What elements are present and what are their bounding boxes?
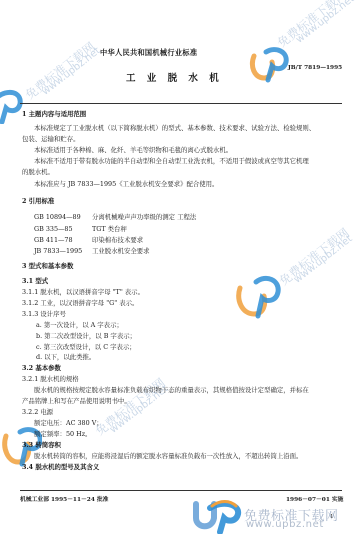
list-item: a. 第一次设计，以 A 字表示； bbox=[36, 321, 123, 329]
section-1-heading: 1 主题内容与适用范围 bbox=[22, 110, 86, 118]
clause: 3.1.2 工业，以汉语拼音字母 "G" 表示。 bbox=[22, 299, 138, 307]
reference-code: GB 10894—89 bbox=[34, 213, 81, 221]
rated-voltage: 额定电压：AC 380 V； bbox=[34, 419, 103, 427]
watermark-text: 免费标准下载网 bbox=[92, 374, 169, 439]
up-logo-icon bbox=[248, 44, 292, 84]
clause: 3.1.3 设计序号 bbox=[22, 310, 66, 318]
reference-code: JB 7833—1995 bbox=[34, 247, 82, 255]
section-1-paragraph: 本标准适用于各种棉、麻、化纤、羊毛等织物和毛毯的离心式脱水机。 bbox=[34, 146, 232, 154]
subsection-heading: 3.4 脱水机的型号及其含义 bbox=[22, 463, 99, 471]
subsection-heading: 3.3 转筒容积 bbox=[22, 441, 61, 449]
clause: 3.2.2 电源 bbox=[22, 408, 53, 416]
clause-paragraph: 脱水机的规格按规定脱水容量标准负载布织物干态的重量表示，其规格值按设计定型确定，… bbox=[34, 386, 309, 394]
section-1-paragraph: 本标准应与 JB 7833—1995《工业脱水机安全要求》配合使用。 bbox=[34, 180, 218, 188]
section-1-paragraph: 包装、运输和贮存。 bbox=[22, 135, 80, 143]
section-2-heading: 2 引用标准 bbox=[22, 197, 54, 205]
section-1-paragraph: 本标准规定了工业脱水机（以下简称脱水机）的型式、基本参数、技术要求、试验方法、检… bbox=[34, 124, 315, 132]
watermark-brand-url: www.upbz.net bbox=[246, 519, 324, 530]
document-page: 免费标准下载网 www.upbz.net 免费标准下载网 www.upbz.ne… bbox=[0, 0, 360, 534]
clause: 3.1.1 脱水机，以汉语拼音字母 "T" 表示。 bbox=[22, 288, 144, 296]
up-logo-icon bbox=[234, 270, 282, 320]
reference-code: GB 335—85 bbox=[34, 225, 73, 233]
up-logo-icon bbox=[192, 500, 244, 534]
issuing-organization: 中华人民共和国机械行业标准 bbox=[100, 49, 197, 57]
section-3-heading: 3 型式和基本参数 bbox=[22, 262, 73, 270]
up-logo-icon bbox=[0, 88, 30, 124]
reference-name: 工业脱水机安全要求 bbox=[92, 247, 150, 255]
header-divider bbox=[20, 103, 342, 104]
list-item: d. 以下，以此类推。 bbox=[36, 353, 95, 361]
footer-divider bbox=[20, 490, 342, 491]
document-title: 工 业 脱 水 机 bbox=[126, 75, 223, 83]
standard-number: JB/T 7819—1995 bbox=[288, 64, 342, 72]
section-1-paragraph: 本标准不适用于带有脱水功能的半自动型和全自动型工业洗衣机，不适用于假波或真空等其… bbox=[34, 157, 309, 165]
page-number: 1 bbox=[330, 513, 334, 521]
list-item: b. 第二次改型设计，以 B 字表示； bbox=[36, 332, 136, 340]
approval-date: 机械工业部 1995－11－24 批准 bbox=[20, 496, 108, 504]
rated-frequency: 额定频率：50 Hz。 bbox=[34, 430, 91, 438]
clause-paragraph: 产品铭牌上和写在产品使用说明书中。 bbox=[22, 397, 131, 405]
reference-name: TGT 类台秤 bbox=[92, 225, 127, 233]
section-1-paragraph: 的脱水机。 bbox=[22, 168, 54, 176]
list-item: c. 第三次改型设计，以 C 字表示； bbox=[36, 343, 136, 351]
subsection-heading: 3.2 基本参数 bbox=[22, 364, 61, 372]
clause-paragraph: 脱水机转筒的容积，应能将浸湿后的额定脱水容量标准负载布一次性放入，不超出转筒上沿… bbox=[34, 452, 302, 460]
watermark-text: 免费标准下载网 bbox=[22, 38, 99, 103]
reference-name: 印染棉布技术要求 bbox=[92, 236, 143, 244]
clause: 3.2.1 脱水机的规格 bbox=[22, 375, 79, 383]
subsection-heading: 3.1 型式 bbox=[22, 277, 48, 285]
watermark-text: 免费标准下载网 bbox=[276, 224, 353, 289]
implementation-date: 1996－07－01 实施 bbox=[286, 496, 343, 504]
reference-code: GB 411—78 bbox=[34, 236, 73, 244]
reference-name: 分离机械噪声声功率级的测定 工程法 bbox=[92, 213, 196, 221]
